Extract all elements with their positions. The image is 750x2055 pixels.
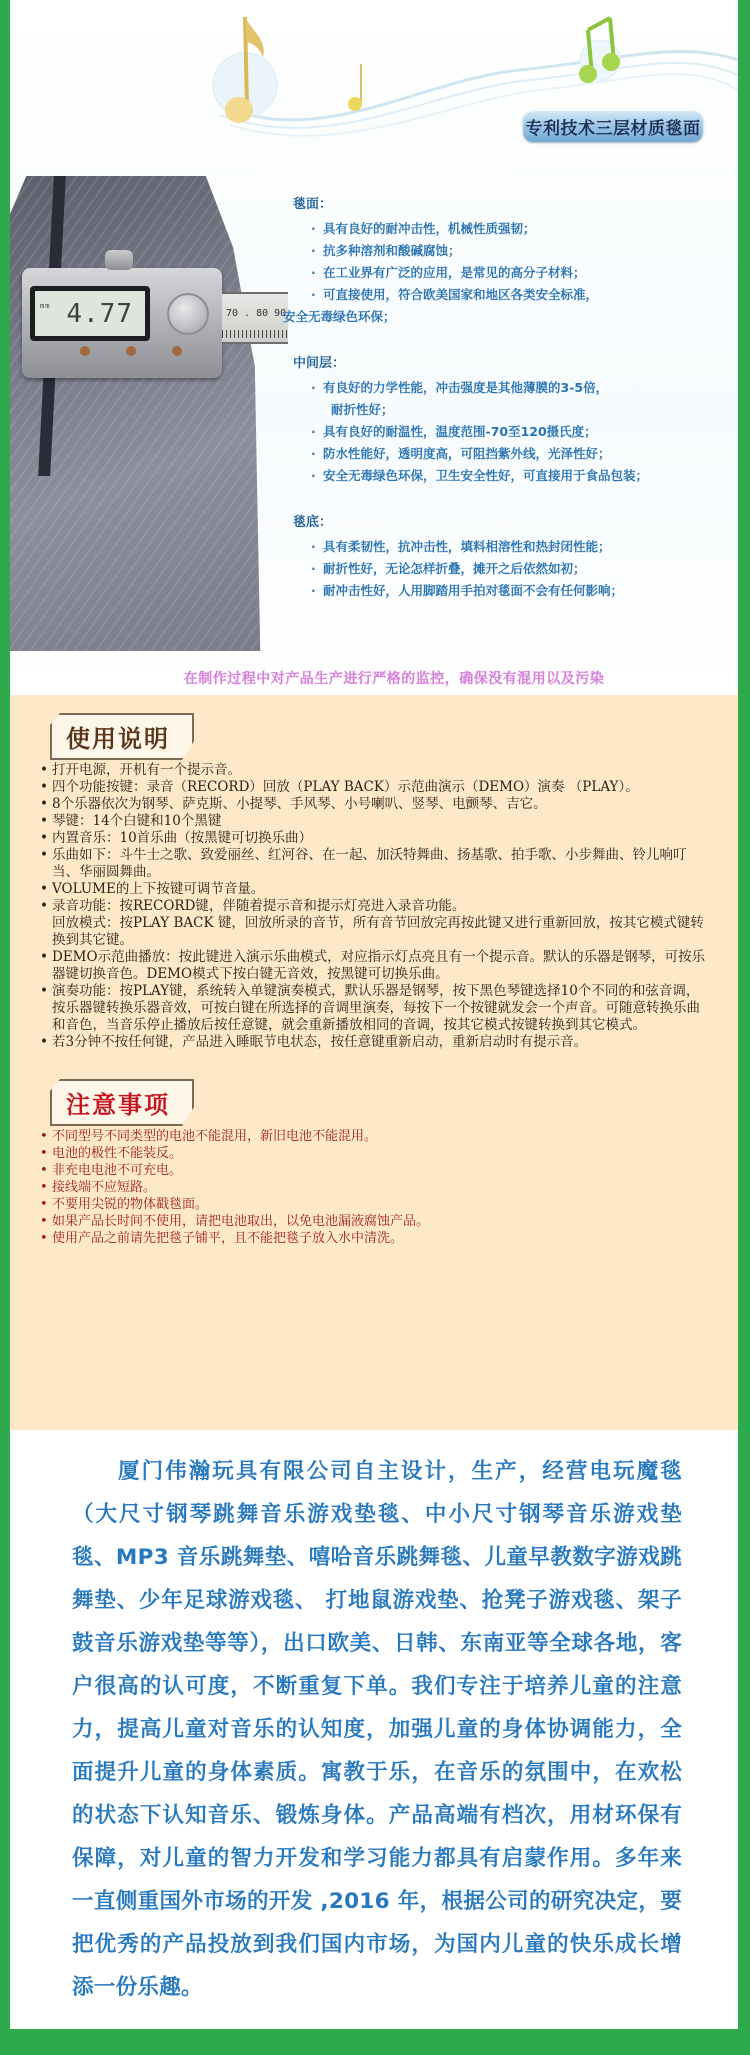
layer-item: ·安全无毒绿色环保，卫生安全性好，可直接用于食品包装； [293, 465, 738, 487]
layer-item: ·有良好的力学性能，冲击强度是其他薄膜的3-5倍，耐折性好； [293, 377, 738, 421]
layer-item: ·在工业界有广泛的应用，是常见的高分子材料； [293, 262, 738, 284]
yellow-music-note-icon [223, 12, 273, 127]
caliper-round-button [167, 293, 209, 335]
caution-item: 不要用尖锐的物体戳毯面。 [38, 1196, 712, 1213]
caution-item: 电池的极性不能装反。 [38, 1145, 712, 1162]
layer-middle: 中间层： ·有良好的力学性能，冲击强度是其他薄膜的3-5倍，耐折性好； ·具有良… [293, 352, 738, 487]
caution-item: 使用产品之前请先把毯子铺平，且不能把毯子放入水中清洗。 [38, 1230, 712, 1247]
page-content: 专利技术三层材质毯面 mm 4.77 70 . 80 90 毯面： [10, 0, 738, 2029]
layer-title: 中间层： [293, 352, 738, 371]
caliper-display: mm 4.77 [30, 286, 150, 341]
caliper-unit-button [172, 346, 182, 356]
company-intro-paragraph: 厦门伟瀚玩具有限公司自主设计，生产，经营电玩魔毯（大尺寸钢琴跳舞音乐游戏垫毯、中… [72, 1450, 682, 2009]
caution-list: 不同型号不同类型的电池不能混用，新旧电池不能混用。 电池的极性不能装反。 非充电… [38, 1128, 712, 1247]
material-section: 专利技术三层材质毯面 mm 4.77 70 . 80 90 毯面： [10, 0, 738, 695]
caliper-indicator-buttons [80, 346, 182, 356]
caution-item: 接线端不应短路。 [38, 1179, 712, 1196]
layer-bottom: 毯底： ·具有柔韧性，抗冲击性，填料相溶性和热封闭性能； ·耐折性好，无论怎样折… [293, 511, 738, 602]
caliper-zero-button [126, 346, 136, 356]
layer-item: ·具有良好的耐温性，温度范围-70至120摄氏度； [293, 421, 738, 443]
usage-item: 演奏功能：按PLAY键，系统转入单键演奏模式，默认乐器是钢琴，按下黑色琴键选择1… [38, 983, 712, 1034]
usage-item: 四个功能按键：录音（RECORD）回放（PLAY BACK）示范曲演示（DEMO… [38, 779, 712, 796]
layer-title: 毯面： [293, 193, 738, 212]
usage-item: 8个乐器依次为钢琴、萨克斯、小提琴、手风琴、小号喇叭、竖琴、电颤琴、吉它。 [38, 796, 712, 813]
usage-list: 打开电源，开机有一个提示音。 四个功能按键：录音（RECORD）回放（PLAY … [38, 762, 712, 1051]
usage-item: 内置音乐：10首乐曲（按黑键可切换乐曲） [38, 830, 712, 847]
caliper-ruler: 70 . 80 90 [222, 292, 288, 344]
small-music-note-icon [345, 62, 369, 112]
caliper-knob [105, 250, 133, 270]
caliper-reading: 4.77 [66, 299, 133, 329]
caliper-unit: mm [40, 302, 50, 310]
caution-heading: 注意事项 [50, 1079, 194, 1126]
usage-heading: 使用说明 [50, 713, 194, 760]
layer-item: ·耐折性好，无论怎样折叠，摊开之后依然如初； [293, 558, 738, 580]
manual-section: 使用说明 打开电源，开机有一个提示音。 四个功能按键：录音（RECORD）回放（… [10, 695, 738, 1430]
usage-item: 打开电源，开机有一个提示音。 [38, 762, 712, 779]
usage-item: VOLUME的上下按键可调节音量。 [38, 881, 712, 898]
patent-banner: 专利技术三层材质毯面 [523, 110, 703, 142]
layer-top: 毯面： ·具有良好的耐冲击性，机械性质强韧； ·抗多种溶剂和酸碱腐蚀； ·在工业… [293, 193, 738, 328]
layer-item: ·耐冲击性好，人用脚踏用手拍对毯面不会有任何影响； [293, 580, 738, 602]
layer-item: ·防水性能好，透明度高，可阻挡紫外线，光泽性好； [293, 443, 738, 465]
usage-item: DEMO示范曲播放：按此键进入演示乐曲模式，对应指示灯点亮且有一个提示音。默认的… [38, 949, 712, 983]
playback-note: 回放模式：按PLAY BACK 键，回放所录的音节，所有音节回放完再按此键又进行… [52, 915, 712, 949]
usage-item: 录音功能：按RECORD键，伴随着提示音和提示灯亮进入录音功能。回放模式：按PL… [38, 898, 712, 949]
caution-block: 注意事项 不同型号不同类型的电池不能混用，新旧电池不能混用。 电池的极性不能装反… [38, 1079, 712, 1247]
caution-item: 如果产品长时间不使用，请把电池取出，以免电池漏液腐蚀产品。 [38, 1213, 712, 1230]
usage-item: 琴键：14个白键和10个黑键 [38, 813, 712, 830]
layer-descriptions: 毯面： ·具有良好的耐冲击性，机械性质强韧； ·抗多种溶剂和酸碱腐蚀； ·在工业… [293, 193, 738, 626]
layer-title: 毯底： [293, 511, 738, 530]
quality-control-note: 在制作过程中对产品生产进行严格的监控，确保没有混用以及污染 [10, 668, 738, 688]
layer-item: ·具有柔韧性，抗冲击性，填料相溶性和热封闭性能； [293, 536, 738, 558]
layer-item-tail: 安全无毒绿色环保； [283, 306, 738, 328]
usage-item: 乐曲如下：斗牛士之歌、致爱丽丝、红河谷、在一起、加沃特舞曲、扬基歌、拍手歌、小步… [38, 847, 712, 881]
page-frame: 专利技术三层材质毯面 mm 4.77 70 . 80 90 毯面： [0, 0, 750, 2055]
usage-item: 若3分钟不按任何键，产品进入睡眠节电状态，按任意键重新启动，重新启动时有提示音。 [38, 1034, 712, 1051]
caution-item: 非充电电池不可充电。 [38, 1162, 712, 1179]
caution-item: 不同型号不同类型的电池不能混用，新旧电池不能混用。 [38, 1128, 712, 1145]
green-double-note-icon [578, 10, 628, 85]
caliper-onoff-button [80, 346, 90, 356]
layer-item: ·抗多种溶剂和酸碱腐蚀； [293, 240, 738, 262]
company-intro-section: 厦门伟瀚玩具有限公司自主设计，生产，经营电玩魔毯（大尺寸钢琴跳舞音乐游戏垫毯、中… [10, 1430, 738, 2009]
layer-item: ·具有良好的耐冲击性，机械性质强韧； [293, 218, 738, 240]
layer-item: ·可直接使用，符合欧美国家和地区各类安全标准， [293, 284, 738, 306]
